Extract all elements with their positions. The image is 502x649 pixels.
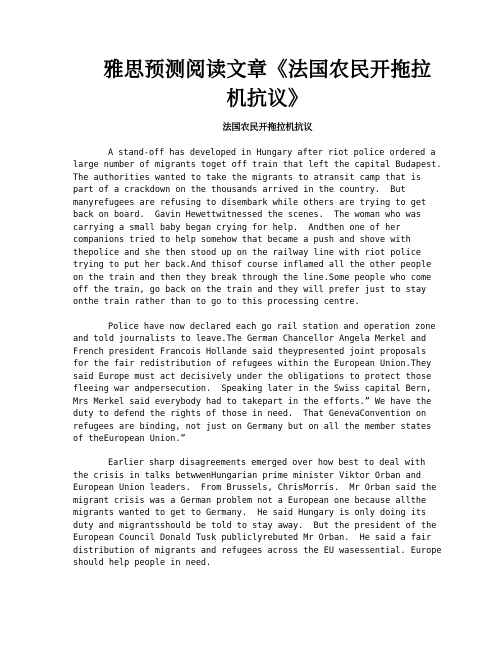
article-paragraph: Earlier sharp disagreements emerged over… (73, 457, 462, 569)
article-body: A stand-off has developed in Hungary aft… (73, 147, 462, 570)
document-title-line-1: 雅思预测阅读文章《法国农民开拖拉 (73, 56, 462, 85)
article-paragraph: Police have now declared each go rail st… (73, 321, 462, 446)
document-page: 雅思预测阅读文章《法国农民开拖拉 机抗议》 法国农民开拖拉机抗议 A stand… (0, 0, 502, 649)
document-title-line-2: 机抗议》 (73, 85, 462, 114)
article-paragraph: A stand-off has developed in Hungary aft… (73, 147, 462, 309)
article-subtitle: 法国农民开拖拉机抗议 (73, 121, 462, 133)
document-title: 雅思预测阅读文章《法国农民开拖拉 机抗议》 (73, 56, 462, 114)
